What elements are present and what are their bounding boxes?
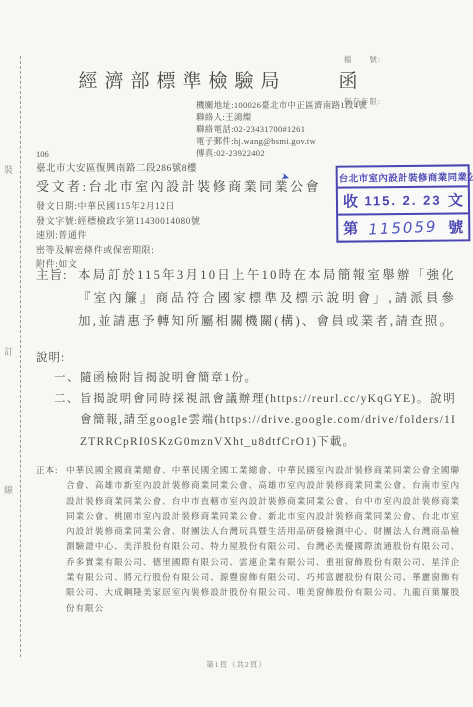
sender-address: 機關地址:100026臺北市中正區濟南路1段4號 bbox=[196, 99, 367, 111]
stamp-number-row: 第 115059 號 bbox=[338, 212, 468, 240]
explanation-item-2: 二、 旨揭說明會同時採視訊會議辦理(https://reurl.cc/yKqGY… bbox=[54, 389, 456, 453]
stamp-receive-row: 收 115. 2. 23 文 bbox=[338, 185, 468, 213]
subject-label: 主旨: bbox=[36, 264, 78, 333]
stamp-organization: 台北市室內設計裝修商業同業公會 bbox=[338, 166, 468, 186]
security-classification: 密等及解密條件或保密期限: bbox=[36, 244, 200, 258]
recipient-zip: 106 bbox=[36, 149, 49, 159]
explanation-item-1: 一、 隨函檢附旨揭說明會簡章1份。 bbox=[54, 368, 456, 389]
delivery-speed: 速別:普通件 bbox=[36, 229, 200, 243]
binding-label-ding: 訂 bbox=[4, 348, 16, 357]
original-copy-label: 正本: bbox=[36, 463, 66, 616]
document-number: 發文字號:經標檢政字第11430014080號 bbox=[36, 215, 200, 229]
file-number-label: 檔 號: bbox=[344, 53, 381, 67]
stamp-handwritten-number: 115059 bbox=[368, 217, 438, 238]
sender-email: 電子郵件:hj.wang@bsmi.gov.tw bbox=[196, 135, 367, 147]
stamp-doc-label: 文 bbox=[448, 189, 463, 210]
recipient-address: 臺北市大安區復興南路二段286號8樓 bbox=[36, 160, 197, 174]
sender-phone: 聯絡電話:02-23431700#1261 bbox=[196, 123, 367, 135]
document-meta-block: 發文日期:中華民國115年2月12日 發文字號:經標檢政字第1143001408… bbox=[36, 200, 200, 273]
issue-date: 發文日期:中華民國115年2月12日 bbox=[36, 200, 200, 214]
page-number-footer: 第1頁（共2頁） bbox=[0, 659, 473, 670]
recipient-name: 受文者:台北市室內設計裝修商業同業公會 bbox=[36, 176, 321, 195]
receipt-stamp: 台北市室內設計裝修商業同業公會 收 115. 2. 23 文 第 115059 … bbox=[336, 164, 471, 242]
stamp-receive-label: 收 bbox=[343, 190, 358, 211]
stamp-number-prefix: 第 bbox=[343, 217, 358, 238]
original-copy-list: 中華民國全國商業總會、中華民國全國工業總會、中華民國室內設計裝修商業同業公會全國… bbox=[66, 463, 460, 616]
explanation-label: 說明: bbox=[36, 349, 65, 365]
original-copy-recipients: 正本: 中華民國全國商業總會、中華民國全國工業總會、中華民國室內設計裝修商業同業… bbox=[36, 463, 460, 616]
binding-dashed-line bbox=[20, 56, 21, 657]
stamp-number-suffix: 號 bbox=[448, 216, 463, 237]
explanation-item-1-number: 一、 bbox=[54, 368, 80, 389]
explanation-item-1-text: 隨函檢附旨揭說明會簡章1份。 bbox=[80, 368, 456, 389]
sender-contact-block: 機關地址:100026臺北市中正區濟南路1段4號 聯絡人:王鴻燦 聯絡電話:02… bbox=[196, 99, 367, 159]
binding-label-xian: 線 bbox=[4, 486, 16, 495]
binding-label-zhuang: 裝 bbox=[4, 166, 16, 175]
subject-paragraph: 主旨: 本局訂於115年3月10日上午10時在本局簡報室舉辦「強化『室內簾』商品… bbox=[36, 264, 456, 333]
official-letter-page: 裝 訂 線 檔 號: 保存年限: 經濟部標準檢驗局 函 機關地址:100026臺… bbox=[0, 0, 473, 707]
stamp-receive-date: 115. 2. 23 bbox=[364, 193, 441, 209]
document-title: 經濟部標準檢驗局 函 bbox=[0, 66, 443, 93]
sender-fax: 傳真:02-23922402 bbox=[196, 147, 367, 159]
sender-contact-person: 聯絡人:王鴻燦 bbox=[196, 111, 367, 123]
explanation-item-2-number: 二、 bbox=[54, 389, 80, 453]
explanation-item-2-text: 旨揭說明會同時採視訊會議辦理(https://reurl.cc/yKqGYE)。… bbox=[80, 389, 456, 453]
subject-text: 本局訂於115年3月10日上午10時在本局簡報室舉辦「強化『室內簾』商品符合國家… bbox=[78, 264, 456, 333]
